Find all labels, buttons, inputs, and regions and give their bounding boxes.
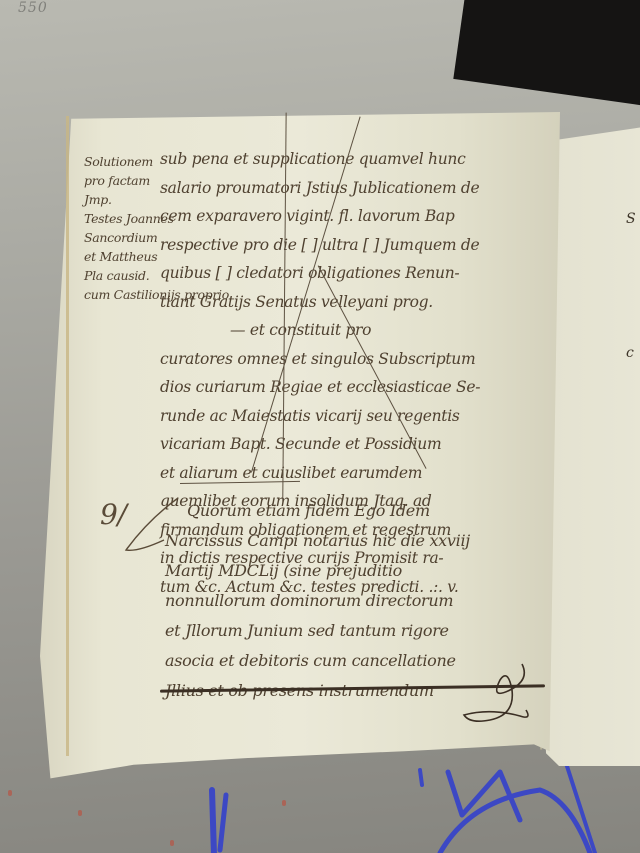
right-page-fragments: S c [626,152,635,420]
text-line: curatores omnes et singulos Subscriptum [160,345,480,374]
text-line: vicariam Bapt. Secunde et Possidium [160,430,480,459]
flourish-icon [118,490,188,560]
text-line: dios curiarum Regiae et ecclesiasticae S… [160,373,480,402]
text-line: salario proumatori Jstius Jublicationem … [160,174,480,203]
notary-signature-icon [460,660,540,730]
text-line: asocia et debitoris cum cancellatione [165,646,470,676]
text-line: cem exparavero vigint. fl. lavorum Bap [160,202,480,231]
archive-number: 550 [18,0,48,16]
red-stain [170,840,174,846]
text-line: Quorum etiam fidem Ego Idem [165,496,470,526]
text-line: Martij MDCLij (sine prejuditio [165,556,470,586]
text-line: Narcissus Campi notarius hic die xxviij [165,526,470,556]
text-line: sub pena et supplicatione quamvel hunc [160,145,480,174]
text-line: runde ac Maiestatis vicarij seu regentis [160,402,480,431]
red-stain [78,810,82,816]
right-page-fragment: c [626,286,635,420]
text-line: nonnullorum dominorum directorum [165,586,470,616]
text-line: et Jllorum Junium sed tantum rigore [165,616,470,646]
red-stain [282,800,286,806]
page-edge-stain [66,116,69,756]
red-stain [8,790,12,796]
closing-text: Quorum etiam fidem Ego Idem Narcissus Ca… [165,496,470,706]
photo-scene: 550 S c Solutionem pro factam Jmp. Teste… [0,0,640,853]
text-line: — et constituit pro [160,316,480,345]
text-line: quibus [ ] cledatori obligationes Renun- [160,259,480,288]
right-page-fragment: S [626,152,635,286]
text-line: tiant Gratijs Senatus velleyani prog. [160,288,480,317]
